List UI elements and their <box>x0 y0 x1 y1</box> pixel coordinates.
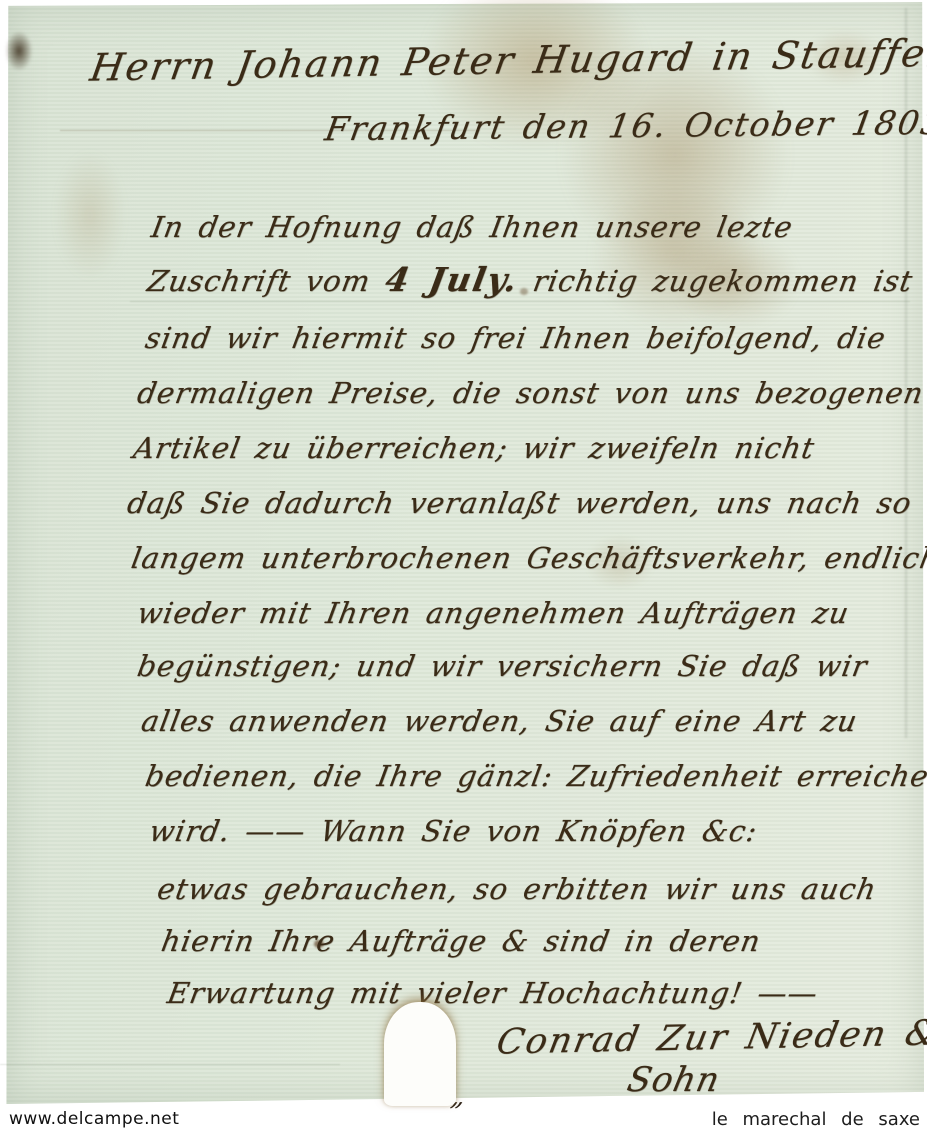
body-line: dermaligen Preise, die sonst von uns bez… <box>135 372 927 411</box>
body-line: wieder mit Ihren angenehmen Aufträgen zu <box>135 592 853 631</box>
body-line-text: In der Hofnung daß Ihnen unsere lezte <box>149 210 796 244</box>
body-line-text: Zuschrift vom <box>145 264 389 298</box>
body-line: alles anwenden werden, Sie auf eine Art … <box>139 700 861 739</box>
body-line-text: wieder mit Ihren angenehmen Aufträgen zu <box>135 596 852 630</box>
date-line: Frankfurt den 16. October 1803. <box>322 103 927 149</box>
body-line-text: daß Sie dadurch veranlaßt werden, uns na… <box>125 486 915 520</box>
body-line: sind wir hiermit so frei Ihnen beifolgen… <box>143 317 890 356</box>
body-line-text: alles anwenden werden, Sie auf eine Art … <box>139 704 861 738</box>
body-line: etwas gebrauchen, so erbitten wir uns au… <box>155 868 881 907</box>
body-line-text: bedienen, die Ihre gänzl: Zufriedenheit … <box>143 759 927 793</box>
body-line: hierin Ihre Aufträge & sind in deren <box>159 920 765 959</box>
body-line-text: langem unterbrochenen Geschäftsverkehr, … <box>129 541 927 575</box>
body-line-text: Erwartung mit vieler Hochachtung! —— <box>165 976 821 1010</box>
body-line-text: wird. —— Wann Sie von Knöpfen &c: <box>147 814 761 848</box>
body-line: Zuschrift vom 4 July. richtig zugekommen… <box>145 260 917 299</box>
body-line: daß Sie dadurch veranlaßt werden, uns na… <box>125 482 916 521</box>
body-line-text: begünstigen; und wir versichern Sie daß … <box>135 649 870 683</box>
body-line: wird. —— Wann Sie von Knöpfen &c: <box>147 810 761 849</box>
body-line: langem unterbrochenen Geschäftsverkehr, … <box>129 537 927 576</box>
body-line-text: Artikel zu überreichen; wir zweifeln nic… <box>131 431 818 465</box>
signature-line-2: Sohn <box>624 1060 724 1100</box>
seller-caption: le marechal de saxe <box>712 1109 920 1130</box>
body-line-text: etwas gebrauchen, so erbitten wir uns au… <box>155 872 880 906</box>
body-line-text: hierin Ihre Aufträge & sind in deren <box>159 924 764 958</box>
paper-hole <box>384 1002 456 1106</box>
delcampe-watermark: www.delcampe.net <box>9 1109 179 1129</box>
body-line-text: sind wir hiermit so frei Ihnen beifolgen… <box>143 321 889 355</box>
body-line: Artikel zu überreichen; wir zweifeln nic… <box>131 427 819 466</box>
body-line-text: dermaligen Preise, die sonst von uns bez… <box>135 376 927 410</box>
body-line: bedienen, die Ihre gänzl: Zufriedenheit … <box>143 755 927 794</box>
body-line-emphasis: 4 July. <box>382 260 521 299</box>
body-line: begünstigen; und wir versichern Sie daß … <box>135 645 871 684</box>
body-line: In der Hofnung daß Ihnen unsere lezte <box>149 206 797 245</box>
body-line: Erwartung mit vieler Hochachtung! —— <box>165 972 822 1011</box>
body-line-text: richtig zugekommen ist <box>515 264 916 298</box>
